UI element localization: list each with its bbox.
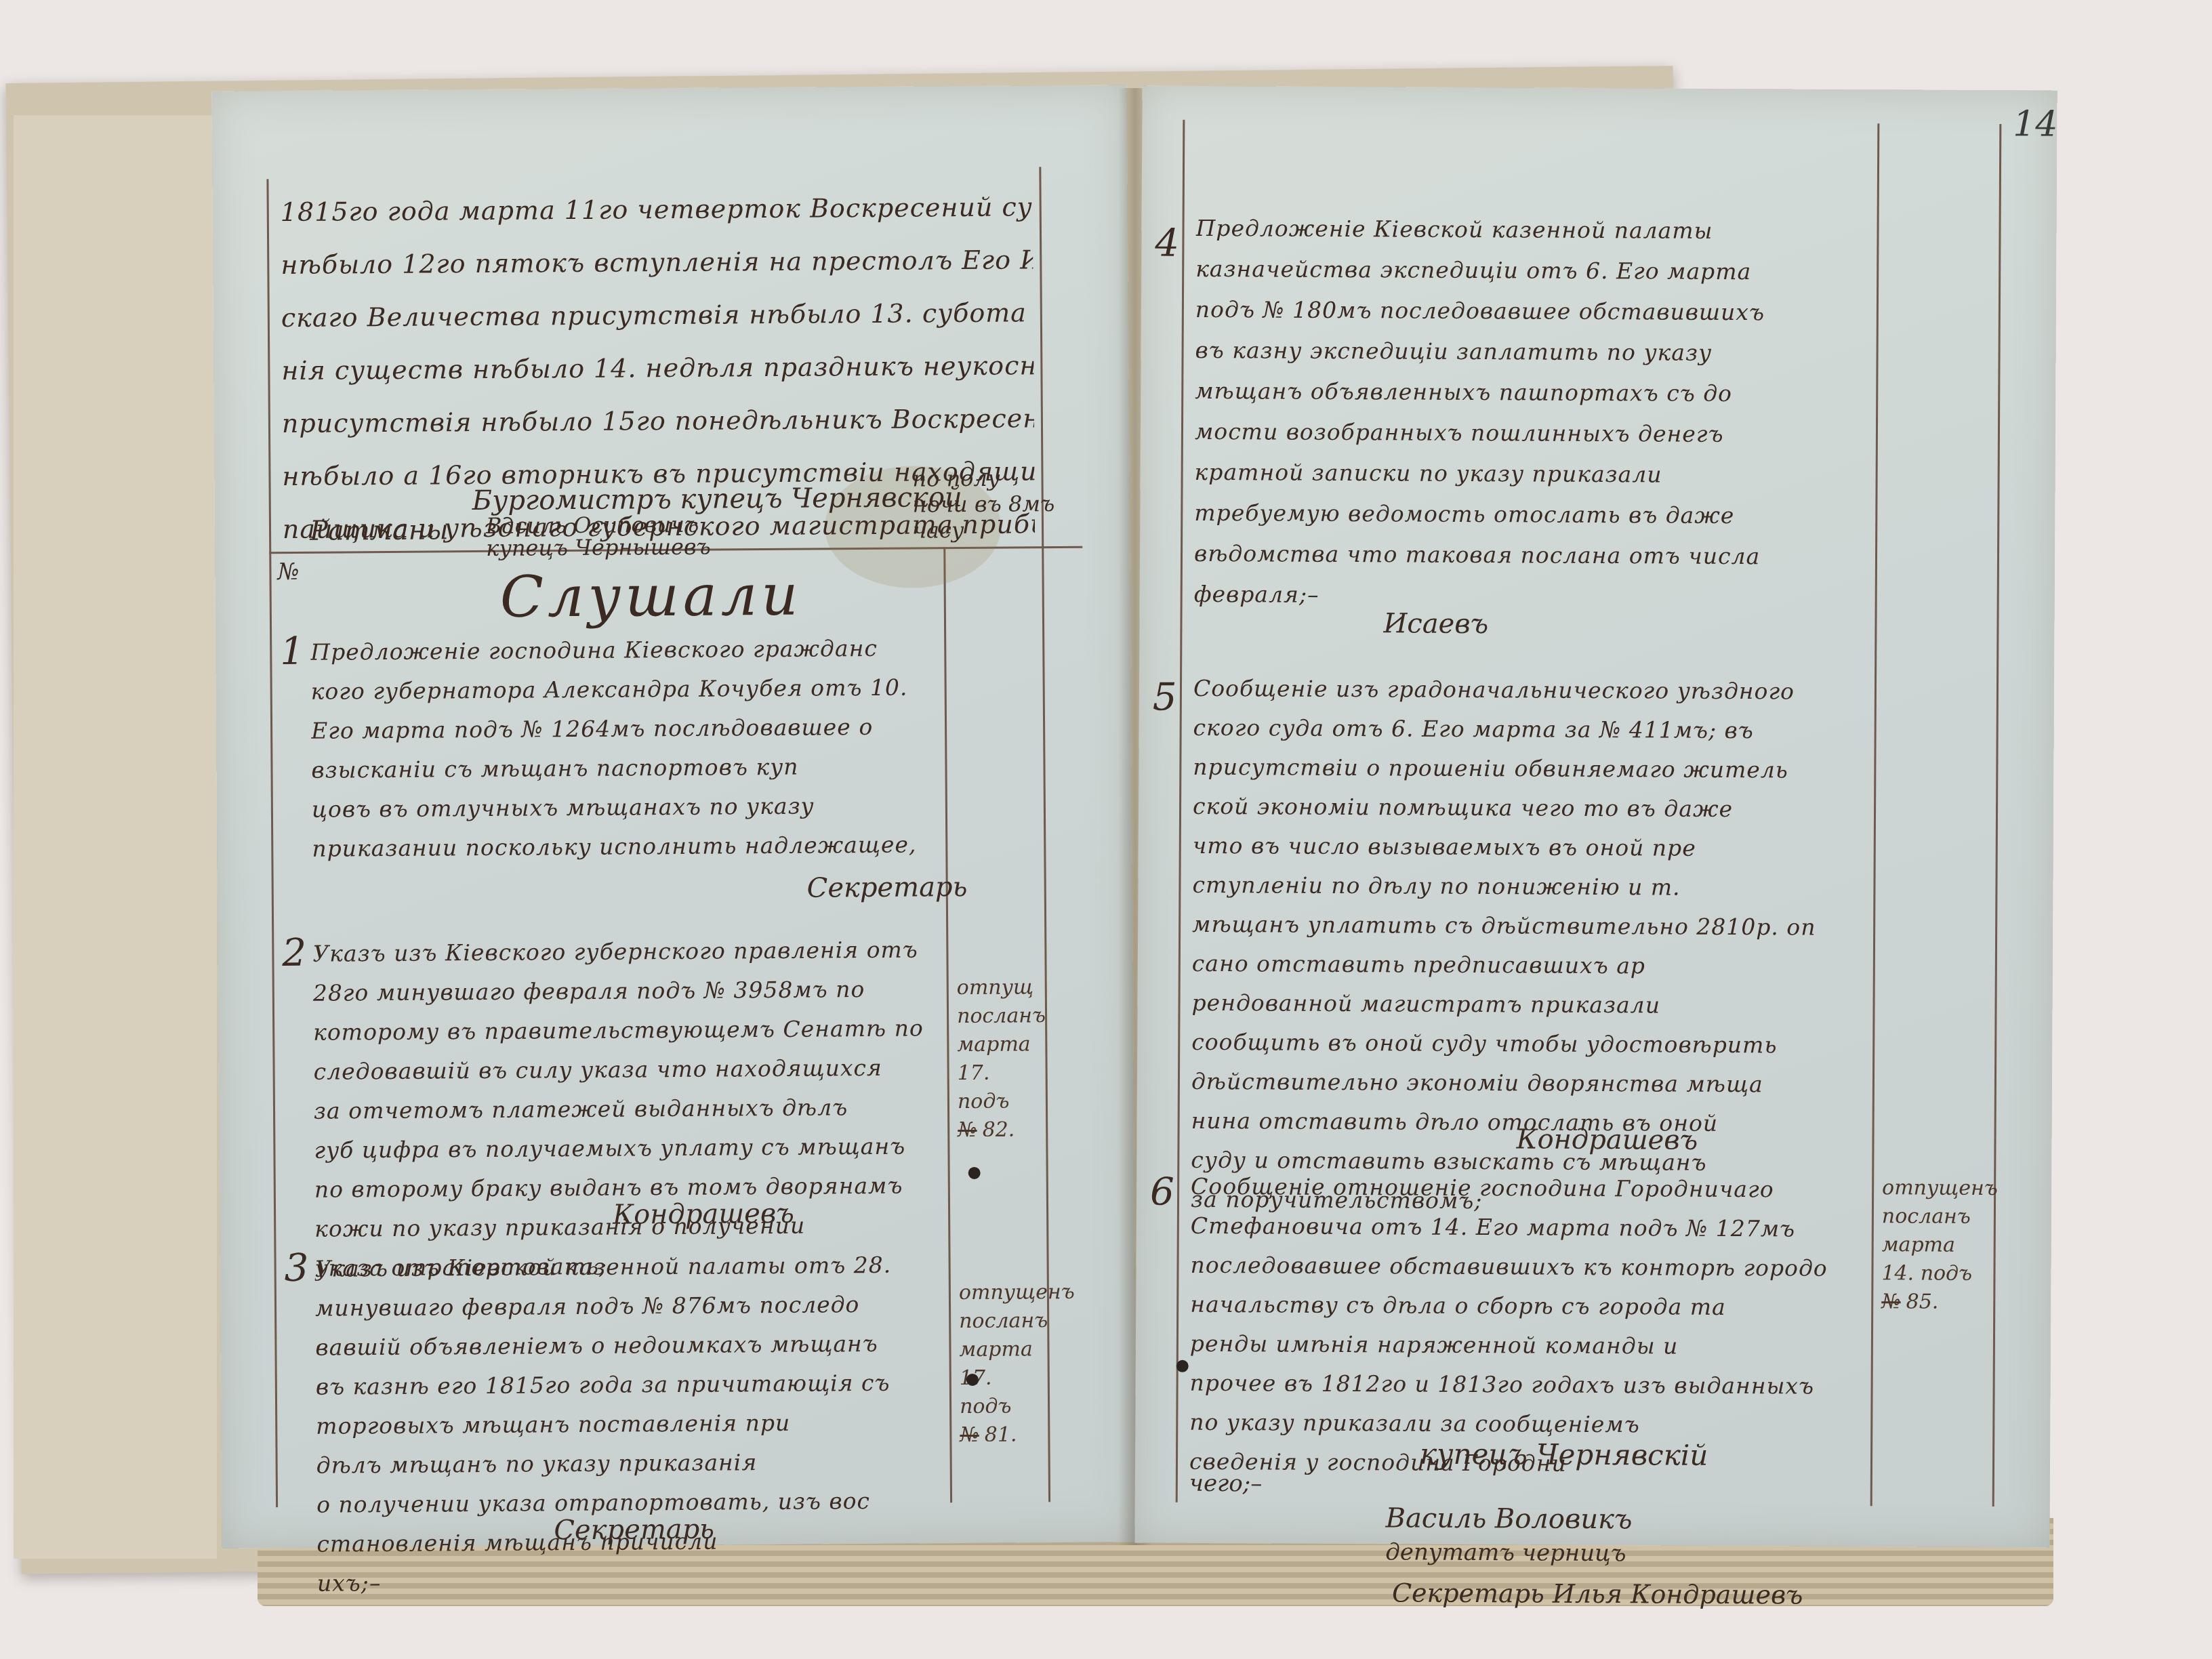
header-line: скаго Величества присутствія нѣбыло 13. … bbox=[281, 286, 1034, 344]
item-line: губ цифра въ получаемыхъ уплату съ мѣщан… bbox=[314, 1126, 937, 1170]
item-line: последовавшее обставившихъ къ конторѣ го… bbox=[1190, 1246, 1868, 1288]
clerk-signature: Секретарь bbox=[807, 865, 968, 910]
item-line: начальству съ дѣла о сборѣ съ города та bbox=[1190, 1285, 1868, 1328]
left-margin-rule bbox=[266, 179, 278, 1507]
item-line: мѣщанъ уплатить съ дѣйствительно 2810р. … bbox=[1192, 905, 1870, 947]
time-note-line: часу bbox=[913, 516, 1055, 543]
clerk-signature: Исаевъ bbox=[1383, 602, 1488, 646]
item-line: дѣлъ мѣщанъ по указу приказанія bbox=[316, 1441, 939, 1485]
struck-number-sign: № bbox=[958, 1118, 977, 1142]
item-line: Указъ изъ Кіевского губернского правлені… bbox=[312, 930, 936, 973]
item-line: взысканіи съ мѣщанъ паспортовъ куп bbox=[311, 746, 935, 790]
clerk-signature: Секретарь bbox=[554, 1508, 714, 1553]
item-line: ренды имѣнія наряженной команды и bbox=[1190, 1324, 1868, 1367]
margin-note-line: посланъ bbox=[957, 1002, 1045, 1031]
item-line: вавшій объявленіемъ о недоимкахъ мѣщанъ bbox=[315, 1324, 939, 1367]
dispatch-margin-note: отпущ посланъ марта 17. подъ №82. bbox=[957, 973, 1046, 1145]
item-line: Сообщеніе изъ градоначальнического уѣздн… bbox=[1193, 669, 1871, 712]
item-line: ской экономіи помѣщика чего то въ даже bbox=[1193, 787, 1870, 829]
margin-column-rule-1 bbox=[943, 547, 952, 1502]
signature-secretary: Секретарь Илья Кондрашевъ bbox=[1392, 1571, 1803, 1616]
item-line: ского суда отъ 6. Его марта за № 411мъ; … bbox=[1193, 708, 1871, 751]
item-line: дѣйствительно экономіи дворянства мѣща bbox=[1191, 1062, 1869, 1105]
open-manuscript: 1815го года марта 11го четверток Воскрес… bbox=[217, 88, 2053, 1545]
outgoing-ref-number: 82. bbox=[983, 1118, 1015, 1142]
item-line: ступленіи по дѣлу по пониженію и т. bbox=[1192, 865, 1870, 908]
binding-hole bbox=[968, 1167, 981, 1179]
item-line: рендованной магистратъ приказали bbox=[1191, 983, 1869, 1026]
item-text: Предложеніе Кіевской казенной палаты каз… bbox=[1194, 208, 1874, 618]
item-line: присутствіи о прошеніи обвиняемаго жител… bbox=[1193, 747, 1870, 790]
item-number: 1 bbox=[280, 630, 304, 674]
signature-merchant: купецъ Чернявскій bbox=[1420, 1433, 1708, 1477]
item-line: ихъ;– bbox=[317, 1559, 941, 1603]
item-number: 3 bbox=[284, 1246, 308, 1290]
item-number: 5 bbox=[1153, 676, 1177, 720]
header-line: 1815го года марта 11го четверток Воскрес… bbox=[280, 180, 1033, 239]
dispatch-margin-note: отпущенъ посланъ марта 17. подъ №81. bbox=[959, 1278, 1048, 1450]
margin-note-line: отпущ bbox=[957, 973, 1045, 1002]
margin-note-line: 14. подъ bbox=[1881, 1259, 1990, 1288]
item-line: Указъ изъ Кіевской казенной палаты отъ 2… bbox=[314, 1245, 938, 1288]
item-line: цовъ въ отлучныхъ мѣщанахъ по указу bbox=[312, 785, 935, 829]
margin-note-line: отпущенъ bbox=[959, 1278, 1047, 1307]
header-line: нія существ нѣбыло 14. недѣля праздникъ … bbox=[281, 339, 1034, 397]
item-line: въ казнѣ его 1815го года за причитающія … bbox=[316, 1363, 939, 1406]
item-line: которому въ правительствующемъ Сенатѣ по bbox=[313, 1008, 937, 1052]
item-line: следовавшій въ силу указа что находящихс… bbox=[313, 1048, 937, 1091]
margin-note-line: марта bbox=[1882, 1231, 1990, 1260]
backing-left-strip bbox=[14, 115, 217, 1559]
item-line: вѣдомства что таковая послана отъ числа bbox=[1194, 533, 1872, 577]
margin-note-line: марта bbox=[957, 1030, 1045, 1059]
binding-hole bbox=[966, 1374, 979, 1386]
item-line: прочее въ 1812го и 1813го годахъ изъ выд… bbox=[1189, 1364, 1867, 1406]
signature-deputy: депутатъ черницъ bbox=[1385, 1530, 1626, 1575]
item-line: 28го минувшаго февраля подъ № 3958мъ по bbox=[313, 969, 937, 1012]
item-line: мѣщанъ объявленныхъ пашпортахъ съ до bbox=[1195, 371, 1872, 415]
item-number: 6 bbox=[1150, 1170, 1174, 1214]
dispatch-margin-note: отпущенъ посланъ марта 14. подъ №85. bbox=[1881, 1174, 1990, 1317]
item-line: Предложеніе господина Кіевского гражданс bbox=[310, 628, 934, 672]
session-time-note: по полу ночи въ 8мъ часу bbox=[912, 465, 1054, 543]
left-page: 1815го года марта 11го четверток Воскрес… bbox=[212, 85, 1137, 1548]
item-line: кого губернатора Александра Кочубея отъ … bbox=[310, 668, 934, 711]
time-note-line: по полу bbox=[912, 465, 1054, 491]
outgoing-ref-number: 85. bbox=[1906, 1290, 1939, 1313]
struck-number-sign: № bbox=[960, 1423, 979, 1447]
number-column-marker: № bbox=[277, 558, 299, 586]
margin-note-line: посланъ bbox=[1882, 1202, 1990, 1231]
item-line: кратной записки по указу приказали bbox=[1194, 452, 1872, 496]
item-line: Его марта подъ № 1264мъ послѣдовавшее о bbox=[311, 707, 935, 750]
item-line: что въ число вызываемыхъ въ оной пре bbox=[1193, 826, 1870, 869]
item-line: Стефановича отъ 14. Его марта подъ № 127… bbox=[1191, 1206, 1868, 1249]
item-line: требуемую ведомость отослать въ даже bbox=[1194, 493, 1872, 537]
item-line: Сообщеніе отношеніе господина Городничаг… bbox=[1191, 1167, 1868, 1210]
binding-hole bbox=[1176, 1360, 1189, 1372]
item-line: за отчетомъ платежей выданныхъ дѣлъ bbox=[314, 1087, 937, 1130]
margin-note-line: посланъ bbox=[959, 1307, 1047, 1336]
struck-number-sign: № bbox=[1881, 1290, 1901, 1313]
time-note-line: ночи въ 8мъ bbox=[913, 491, 1055, 517]
clerk-signature: Кондрашевъ bbox=[1516, 1118, 1698, 1162]
section-heading-slushali: Слушали bbox=[499, 562, 802, 630]
header-line: присутствія нѣбыло 15го понедѣльникъ Вос… bbox=[282, 392, 1035, 450]
item-number: 4 bbox=[1155, 222, 1179, 266]
item-line: приказании поскольку исполнить надлежаще… bbox=[312, 825, 935, 868]
margin-note-line: 17. подъ bbox=[960, 1364, 1048, 1421]
item-line: въ казну экспедиціи заплатить по указу bbox=[1195, 330, 1872, 374]
right-page: 14 4 Предложеніе Кіевской казенной палат… bbox=[1134, 85, 2057, 1547]
item-line: минувшаго февраля подъ № 876мъ последо bbox=[315, 1284, 939, 1328]
header-line: нѣбыло 12го пятокъ вступленія на престол… bbox=[281, 233, 1033, 291]
margin-note-line: отпущенъ bbox=[1882, 1174, 1990, 1203]
item-number: 2 bbox=[282, 931, 306, 975]
margin-column-rule-2 bbox=[1992, 124, 2002, 1507]
item-line: Предложеніе Кіевской казенной палаты bbox=[1195, 208, 1873, 252]
folio-number: 14 bbox=[2013, 104, 2057, 144]
item-line: мости возобранныхъ пошлинныхъ денегъ bbox=[1195, 411, 1872, 455]
item-text: Предложеніе господина Кіевского гражданс… bbox=[310, 628, 935, 868]
margin-note-line: 17. подъ bbox=[958, 1059, 1046, 1116]
ratmany-label: Ратманы bbox=[310, 508, 449, 552]
item-line: сообщить въ оной суду чтобы удостовѣрить bbox=[1191, 1023, 1869, 1065]
outgoing-ref-number: 81. bbox=[985, 1422, 1017, 1446]
item-line: торговыхъ мѣщанъ поставленія при bbox=[316, 1402, 939, 1446]
signature-tail: чего;– bbox=[1189, 1462, 1263, 1506]
right-margin-rule bbox=[1176, 120, 1185, 1502]
margin-note-line: марта bbox=[959, 1335, 1047, 1364]
item-line: подъ № 180мъ последовавшее обставившихъ bbox=[1195, 289, 1873, 333]
clerk-signature: Кондрашевъ bbox=[613, 1192, 794, 1237]
item-line: казначейства экспедиціи отъ 6. Его марта bbox=[1195, 249, 1873, 293]
item-line: февраля;– bbox=[1194, 574, 1872, 618]
item-line: сано отставить предписавшихъ ар bbox=[1192, 944, 1870, 987]
